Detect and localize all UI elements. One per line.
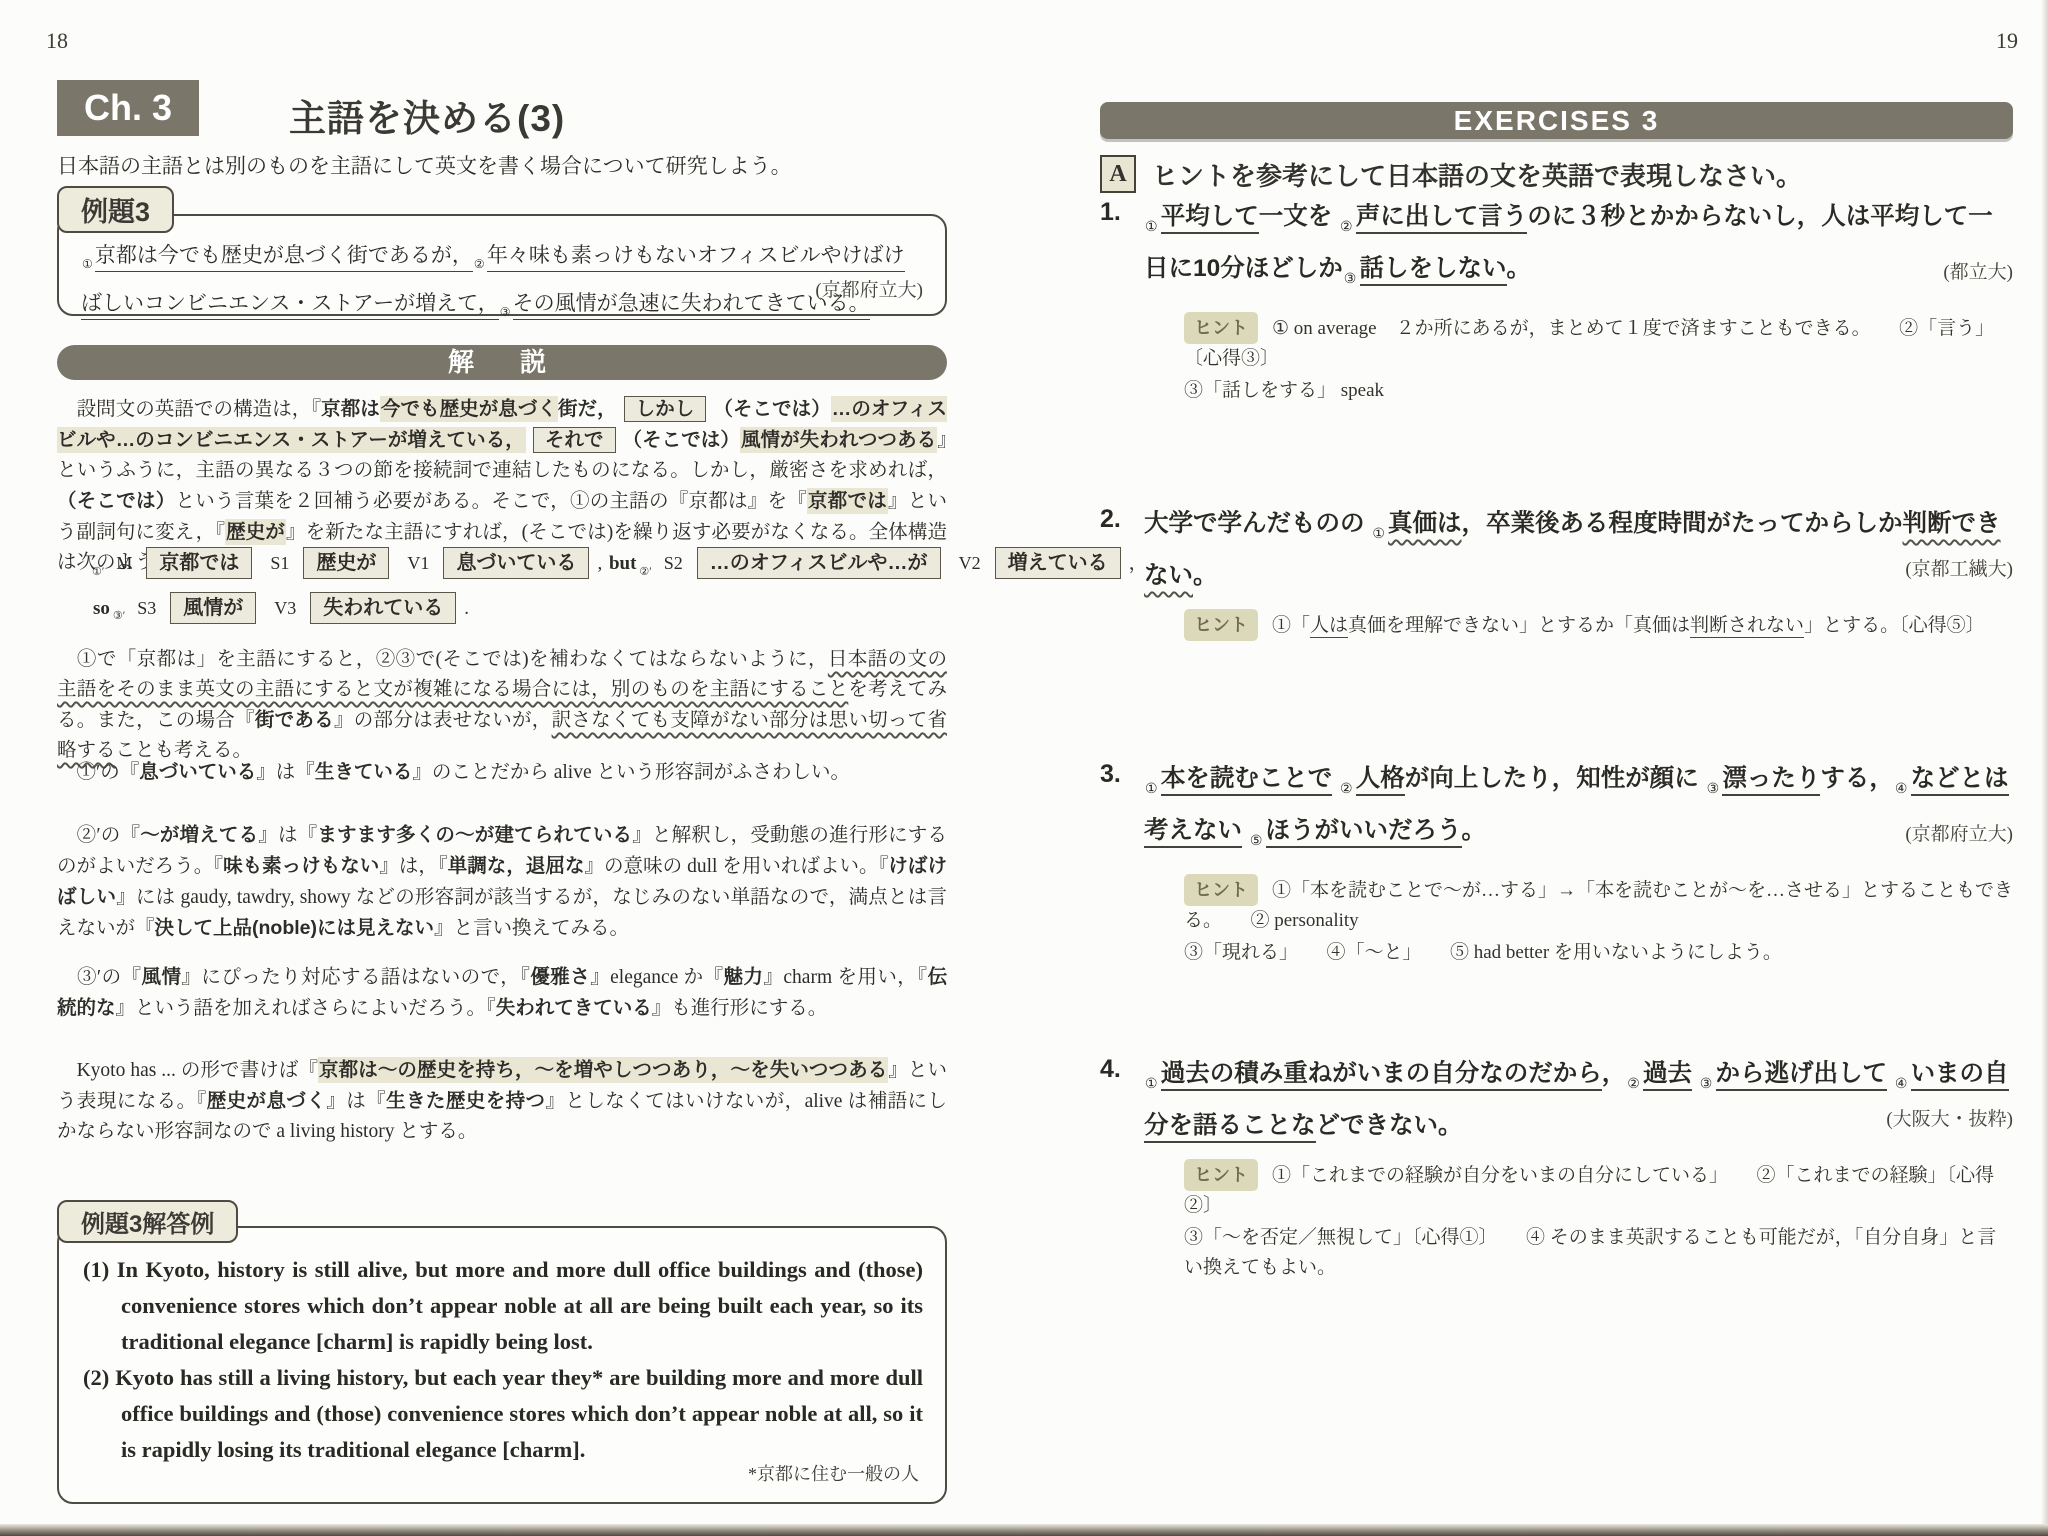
hint-label: ヒント	[1184, 874, 1258, 906]
text-segment: （そこでは）	[57, 490, 175, 512]
text-segment: ⑤	[1250, 833, 1263, 849]
exercise-item: 2. 大学で学んだものの ①真価は，卒業後ある程度時間がたってからしか判断できな…	[1100, 503, 2013, 641]
text-segment: 優雅さ	[530, 966, 590, 988]
exercise-item: 4. ①過去の積み重ねがいまの自分なのだから，②過去 ③から逃げ出して ④いまの…	[1100, 1053, 2013, 1283]
text-segment: ③′	[113, 610, 125, 622]
text-segment: 』elegance か『	[590, 967, 723, 988]
text-segment: 街である	[255, 709, 334, 731]
text-segment: 過去の積み重ねがいまの自分なのだから	[1161, 1060, 1602, 1091]
exercise-attribution: (大阪大・抜粋)	[1886, 1099, 2013, 1141]
text-segment: 京都は〜の歴史を持ち，〜を増やしつつあり，〜を失いつつある	[318, 1057, 888, 1083]
hint-line: ①「本を読むことで〜が…する」→「本を読むことが〜を…させる」とすることもできる…	[1184, 880, 2013, 931]
text-segment: S1	[270, 553, 289, 573]
text-segment: 』にぴったり対応する語はないので，『	[181, 967, 530, 988]
hint-label: ヒント	[1184, 609, 1258, 641]
text-segment: 風情	[142, 966, 182, 988]
exercise-item: 1. ①平均して一文を ②声に出して言うのに３秒とかからないし，人は平均して一日…	[1100, 196, 2013, 406]
text-segment: 設問文の英語での構造は，『	[57, 399, 321, 420]
text-segment: 息づいている	[443, 547, 589, 579]
text-segment: 風情が	[170, 592, 256, 624]
text-segment: ①	[82, 257, 93, 271]
text-segment: 』は『	[326, 1091, 386, 1112]
hint-label: ヒント	[1184, 1159, 1258, 1191]
text-segment	[1332, 765, 1339, 792]
text-segment: 漂ったり	[1722, 765, 1820, 796]
text-segment: ②	[1340, 781, 1353, 797]
text-segment: S2	[664, 553, 683, 573]
hint-line: ①「人は真価を理解できない」とするか「真価は判断されない」とする。〔心得⑤〕	[1272, 615, 1985, 638]
answer-footnote: *京都に住む一般の人	[748, 1460, 919, 1486]
chapter-title: 主語を決める(3)	[289, 88, 565, 142]
hint-line: ③「話しをする」 speak	[1184, 376, 2013, 406]
text-segment: 大学で学んだものの	[1144, 510, 1371, 537]
text-segment: ③	[1344, 271, 1357, 287]
hint-line: ① on average ２か所にあるが，まとめて１度で済ますこともできる。 ②…	[1184, 318, 1994, 369]
text-segment: 決して上品(noble)には見えない	[155, 917, 434, 939]
example-box: 例題3 ①京都は今でも歴史が息づく街であるが，②年々味も素っけもないオフィスビル…	[57, 214, 947, 316]
text-segment: V1	[407, 553, 429, 573]
answer-item: (1) In Kyoto, history is still alive, bu…	[83, 1252, 923, 1360]
text-segment: から逃げ出して	[1716, 1060, 1888, 1091]
text-segment: 京都では	[807, 488, 888, 514]
text-segment: 』charm を用い，『	[763, 967, 927, 988]
text-segment: ②′	[639, 566, 651, 578]
text-segment: 街だ，	[558, 398, 617, 420]
text-segment: しかし	[624, 396, 707, 422]
text-segment: 。	[1462, 817, 1487, 844]
example-label: 例題3	[57, 186, 174, 233]
text-segment: 歴史が	[303, 547, 389, 579]
exercise-attribution: (京都工繊大)	[1905, 549, 2013, 591]
hint-line: ③「現れる」 ④「〜と」 ⑤ had better を用いないようにしよう。	[1184, 938, 2013, 968]
page-edge-shadow	[2041, 0, 2048, 1536]
hint-label: ヒント	[1184, 312, 1258, 344]
text-segment: 。	[1507, 255, 1532, 282]
exercise-attribution: (都立大)	[1943, 252, 2013, 294]
text-segment: ，	[1602, 1060, 1627, 1087]
kaisetsu-paragraph: Kyoto has ... の形で書けば『京都は〜の歴史を持ち，〜を増やしつつあ…	[57, 1055, 947, 1147]
exercise-sentence-text: ①平均して一文を ②声に出して言うのに３秒とかからないし，人は平均して一日に10…	[1144, 203, 1993, 282]
exercise-sentence-text: 大学で学んだものの ①真価は，卒業後ある程度時間がたってからしか判断できない。	[1144, 510, 2001, 589]
text-segment: ,	[597, 553, 607, 574]
text-segment: 京都では	[146, 547, 252, 579]
text-segment: ①で「京都は」を主語にすると，②③で(そこでは)を補わなくてはならないように，	[57, 649, 828, 670]
text-segment: ほうがいいだろう	[1266, 817, 1462, 848]
text-segment: ②	[1627, 1076, 1640, 1092]
text-segment: ④	[1895, 1076, 1908, 1092]
text-segment: ①′の『	[57, 762, 139, 783]
text-segment: ますます多くの〜が建てられている	[317, 824, 632, 846]
text-segment: ③	[500, 305, 511, 319]
diagram-line: so③′S3風情がV3失われている.	[91, 591, 947, 623]
diagram-line: ①′M京都ではS1歴史がV1息づいている, but②′S2…のオフィスビルや…が…	[91, 546, 947, 578]
kaisetsu-paragraph: ①で「京都は」を主語にすると，②③で(そこでは)を補わなくてはならないように，日…	[57, 645, 947, 766]
text-segment: 』の部分は表せないが，	[334, 710, 552, 731]
text-segment: 人は	[1310, 615, 1348, 638]
chapter-header: Ch. 3 主語を決める(3)	[57, 80, 947, 138]
text-segment: 歴史が	[225, 519, 286, 545]
text-segment: .	[464, 598, 469, 619]
exercise-sentence: ①過去の積み重ねがいまの自分なのだから，②過去 ③から逃げ出して ④いまの自分を…	[1144, 1053, 2013, 1147]
left-page: Ch. 3 主語を決める(3) 日本語の主語とは別のものを主語にして英文を書く場…	[57, 0, 947, 1536]
scan-bottom-edge	[0, 1524, 2048, 1536]
text-segment: ③	[1707, 781, 1720, 797]
text-segment: ③「現れる」 ④「〜と」 ⑤ had better を用いないようにしよう。	[1184, 942, 1782, 963]
text-segment	[1692, 1060, 1699, 1087]
text-segment: 風情が失われつつある	[740, 427, 937, 453]
text-segment: V3	[274, 598, 296, 618]
text-segment: （そこでは）	[623, 429, 740, 451]
text-segment: それで	[533, 427, 616, 453]
hint-block: ヒント①「人は真価を理解できない」とするか「真価は判断されない」とする。〔心得⑤…	[1184, 609, 2013, 641]
text-segment: 平均して	[1161, 203, 1259, 234]
exercise-sentence: ①本を読むことで ②人格が向上したり，知性が顔に ③漂ったりする，④などとは考え…	[1144, 758, 2013, 862]
text-segment: 一文を	[1259, 203, 1339, 230]
text-segment: S3	[137, 598, 156, 618]
hint-block: ヒント①「本を読むことで〜が…する」→「本を読むことが〜を…させる」とすることも…	[1184, 874, 2013, 968]
kaisetsu-section-bar: 解 説	[57, 345, 947, 380]
text-segment: 生きている	[315, 761, 413, 783]
text-segment: ③′の『	[57, 967, 142, 988]
text-segment: という言葉を２回補う必要がある。そこで，①の主語の『京都は』を『	[175, 491, 807, 512]
text-segment: 真価を理解できない」とするか「真価は	[1348, 615, 1690, 636]
hint-block: ヒント① on average ２か所にあるが，まとめて１度で済ますこともできる…	[1184, 312, 2013, 406]
text-segment: ①「これまでの経験が自分をいまの自分にしている」 ②「これまでの経験」〔心得②〕	[1184, 1165, 1994, 1216]
text-segment: 』という語を加えればさらによいだろう。『	[116, 998, 496, 1019]
text-segment: 人格	[1356, 765, 1405, 796]
text-segment: ④	[1895, 781, 1908, 797]
text-segment: so	[93, 598, 110, 619]
text-segment: V2	[959, 553, 981, 573]
text-segment: 本を読むことで	[1161, 765, 1333, 796]
text-segment: 今でも歴史が息づく	[380, 396, 558, 422]
exercise-number: 3.	[1100, 760, 1121, 789]
exercise-attribution: (京都府立大)	[1905, 814, 2013, 856]
exercise-number: 2.	[1100, 505, 1121, 534]
text-segment: 単調な，退屈な	[448, 855, 585, 877]
text-segment: 生きた歴史を持つ	[386, 1090, 545, 1112]
text-segment: 声に出して言う	[1356, 203, 1528, 234]
section-a-badge: A	[1100, 155, 1136, 193]
text-segment: 』は『	[258, 825, 317, 846]
example-sentence: ①京都は今でも歴史が息づく街であるが，②年々味も素っけもないオフィスビルやけばけ…	[81, 236, 925, 332]
text-segment: 』は，『	[379, 856, 447, 877]
text-segment: Kyoto has ... の形で書けば『	[57, 1060, 318, 1081]
text-segment: する，	[1820, 765, 1894, 792]
text-segment: ① on average ２か所にあるが，まとめて１度で済ますこともできる。 ②…	[1184, 318, 1994, 369]
text-segment: 魅力	[724, 966, 764, 988]
exercise-sentence: ①平均して一文を ②声に出して言うのに３秒とかからないし，人は平均して一日に10…	[1144, 196, 2013, 300]
text-segment: ，卒業後ある程度時間がたってからしか	[1462, 510, 1903, 537]
text-segment: ①	[1145, 781, 1158, 797]
text-segment: ③	[1700, 1076, 1713, 1092]
hint-line: ③「〜を否定／無視して」〔心得①〕 ④ そのまま英訳することも可能だが，「自分自…	[1184, 1223, 2013, 1283]
text-segment: 過去	[1643, 1060, 1692, 1091]
answer-box: 例題3解答例 (1) In Kyoto, history is still al…	[57, 1226, 947, 1504]
exercise-sentence: 大学で学んだものの ①真価は，卒業後ある程度時間がたってからしか判断できない。 …	[1144, 503, 2013, 597]
exercise-number: 4.	[1100, 1055, 1121, 1084]
exercise-sentence-text: ①過去の積み重ねがいまの自分なのだから，②過去 ③から逃げ出して ④いまの自分を…	[1144, 1060, 2009, 1139]
answer-label: 例題3解答例	[57, 1200, 238, 1243]
text-segment: ①	[1145, 1076, 1158, 1092]
text-segment: ①′	[92, 566, 104, 578]
text-segment: …のオフィスビルや…が	[697, 547, 941, 579]
text-segment: 』も進行形にする。	[652, 998, 828, 1019]
text-segment: ②	[474, 257, 485, 271]
text-segment: M	[116, 553, 132, 573]
text-segment: どできない。	[1316, 1112, 1463, 1139]
text-segment: ①	[1372, 526, 1385, 542]
exercise-sentence-text: ①本を読むことで ②人格が向上したり，知性が顔に ③漂ったりする，④などとは考え…	[1144, 765, 2009, 844]
text-segment: 京都は今でも歴史が息づく街であるが，	[95, 243, 473, 272]
kaisetsu-paragraph: ②′の『〜が増えてる』は『ますます多くの〜が建てられている』と解釈し，受動態の進…	[57, 820, 947, 944]
section-a: A ヒントを参考にして日本語の文を英語で表現しなさい。	[1100, 155, 2013, 193]
text-segment: ③「〜を否定／無視して」〔心得①〕 ④ そのまま英訳することも可能だが，「自分自…	[1184, 1227, 1996, 1278]
text-segment: 」とする。〔心得⑤〕	[1804, 615, 1985, 636]
text-segment: ①「	[1272, 615, 1310, 636]
kaisetsu-paragraph: ①′の『息づいている』は『生きている』のことだから alive という形容詞がふ…	[57, 757, 947, 788]
text-segment	[1242, 817, 1249, 844]
text-segment: 』と言い換えてみる。	[434, 918, 629, 939]
exercises-section-bar: EXERCISES 3	[1100, 102, 2013, 139]
hint-block: ヒント①「これまでの経験が自分をいまの自分にしている」 ②「これまでの経験」〔心…	[1184, 1159, 2013, 1283]
exercise-item: 3. ①本を読むことで ②人格が向上したり，知性が顔に ③漂ったりする，④などと…	[1100, 758, 2013, 968]
answer-item: (2) Kyoto has still a living history, bu…	[83, 1360, 923, 1468]
text-segment: ②′の『	[57, 825, 140, 846]
text-segment: （そこでは）	[713, 398, 830, 420]
structure-diagram: ①′M京都ではS1歴史がV1息づいている, but②′S2…のオフィスビルや…が…	[91, 546, 947, 635]
section-a-instruction: ヒントを参考にして日本語の文を英語で表現しなさい。	[1152, 156, 1802, 193]
hint-line: ①「これまでの経験が自分をいまの自分にしている」 ②「これまでの経験」〔心得②〕	[1184, 1165, 1994, 1216]
text-segment: 判断されない	[1690, 615, 1804, 638]
right-page: EXERCISES 3 A ヒントを参考にして日本語の文を英語で表現しなさい。 …	[1100, 0, 2013, 1536]
text-segment: 』の意味の dull を用いればよい。『	[584, 856, 888, 877]
text-segment: ①	[1145, 219, 1158, 235]
text-segment: 〜が増えてる	[140, 824, 258, 846]
kaisetsu-paragraph: ③′の『風情』にぴったり対応する語はないので，『優雅さ』elegance か『魅…	[57, 962, 947, 1024]
text-segment: 失われている	[310, 592, 456, 624]
textbook-spread: 18 19 Ch. 3 主語を決める(3) 日本語の主語とは別のものを主語にして…	[0, 0, 2048, 1536]
text-segment: ②	[1340, 219, 1353, 235]
chapter-badge: Ch. 3	[57, 80, 199, 136]
text-segment: 』は『	[256, 762, 315, 783]
text-segment: 息づいている	[139, 761, 256, 783]
text-segment: 味も素っけもない	[223, 855, 379, 877]
chapter-intro: 日本語の主語とは別のものを主語にして英文を書く場合について研究しよう。	[57, 150, 947, 180]
example-attribution: (京都府立大)	[815, 275, 923, 302]
text-segment: が向上したり，知性が顔に	[1405, 765, 1706, 792]
exercise-number: 1.	[1100, 198, 1121, 227]
text-segment: but	[609, 553, 636, 574]
text-segment: 失われてきている	[496, 997, 652, 1019]
text-segment: ①「本を読むことで〜が…する」→「本を読むことが〜を…させる」とすることもできる…	[1184, 880, 2013, 931]
text-segment: 歴史が息づく	[207, 1090, 327, 1112]
text-segment: 京都は	[321, 398, 380, 420]
text-segment: 』のことだから alive という形容詞がふさわしい。	[412, 762, 850, 783]
text-segment: 。	[1193, 562, 1218, 589]
text-segment	[1887, 1060, 1894, 1087]
text-segment: 話しをしない	[1360, 255, 1507, 286]
text-segment: ③「話しをする」 speak	[1184, 380, 1384, 401]
text-segment: 真価は	[1388, 510, 1462, 537]
